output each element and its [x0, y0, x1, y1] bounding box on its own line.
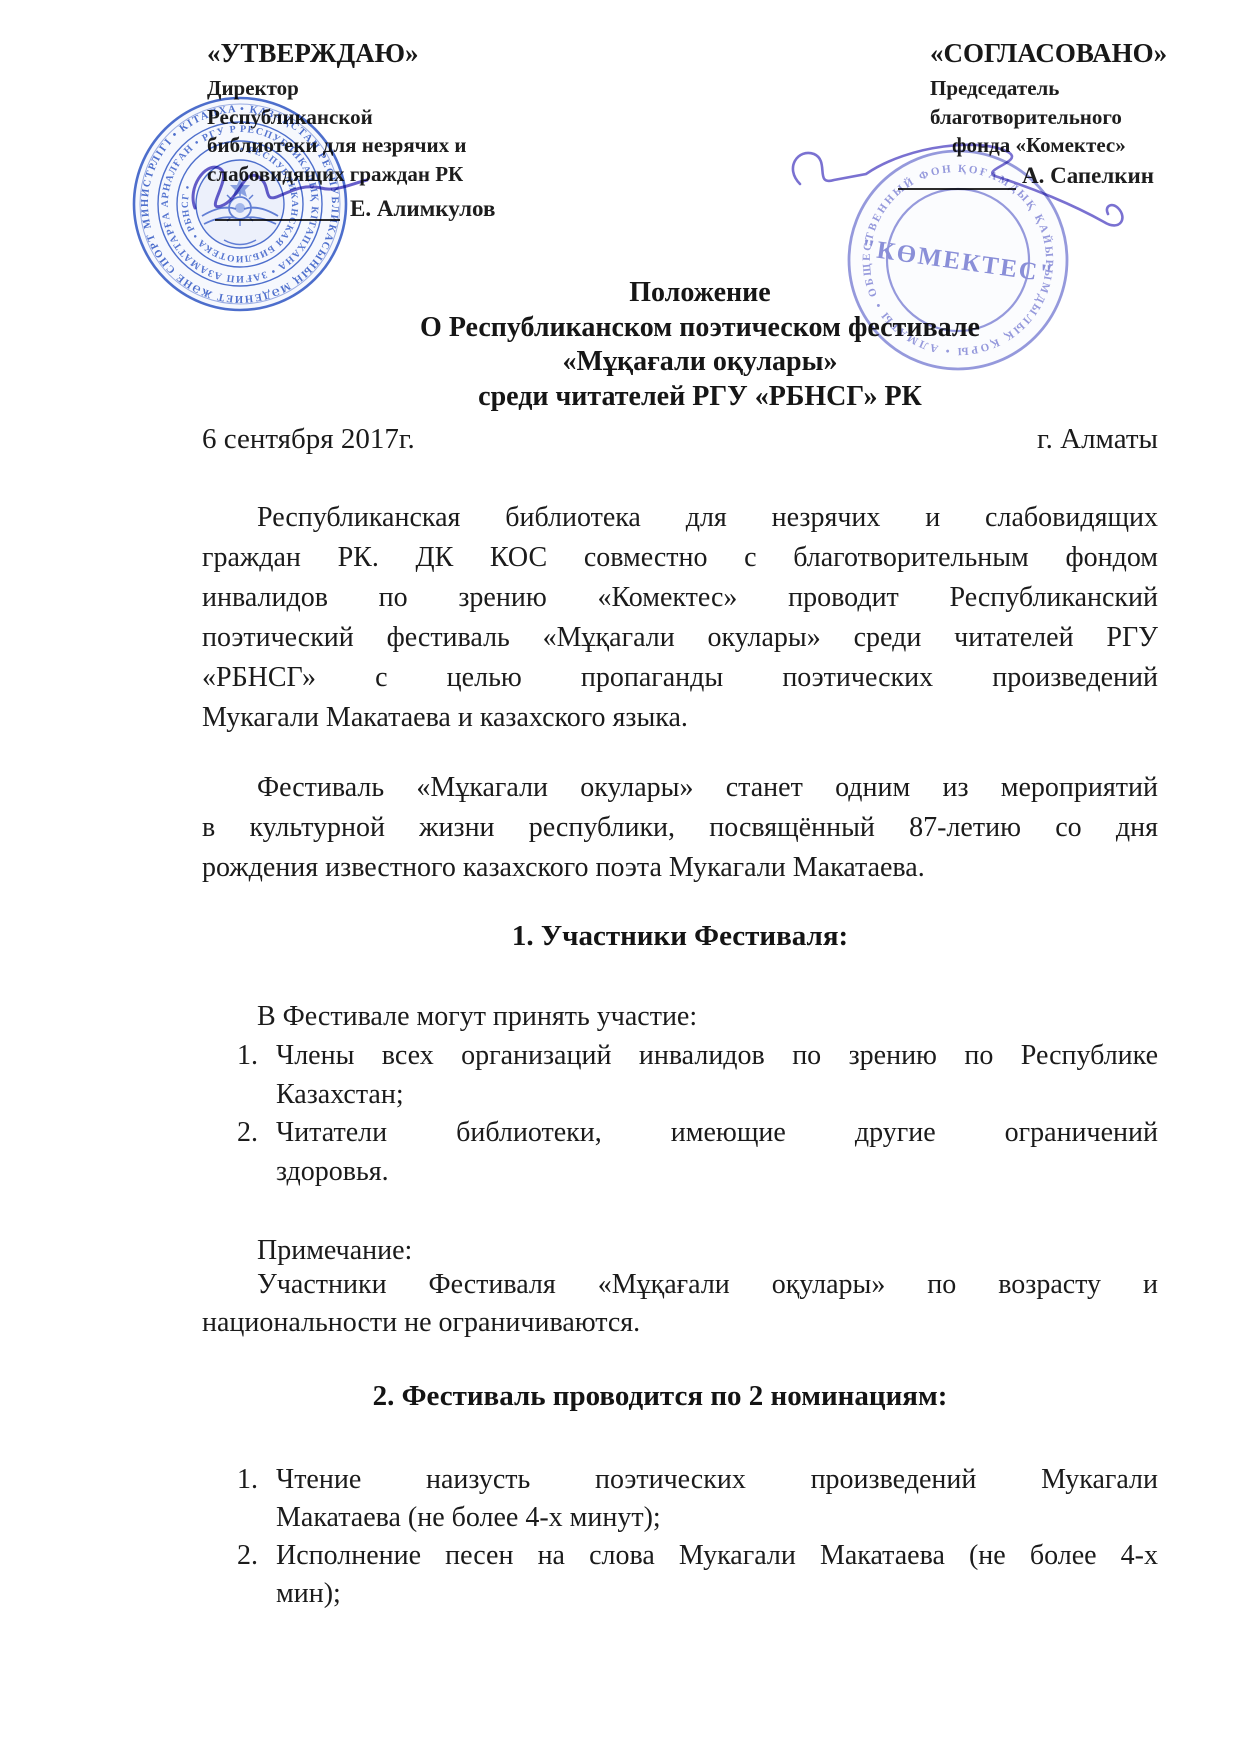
list-item-line: Чтение наизусть поэтических произведений… [276, 1461, 1158, 1499]
section-1-list: 1. Члены всех организаций инвалидов по з… [237, 1037, 1158, 1191]
list-item-line: Исполнение песен на слова Мукагали Макат… [276, 1537, 1158, 1575]
note-body: Участники Фестиваля «Мұқағали оқулары» п… [202, 1266, 1158, 1342]
list-item-number: 2. [237, 1114, 276, 1191]
approval-right-lines: Председатель благотворительного фонда «К… [930, 74, 1126, 160]
approval-left-line: Республиканской [207, 103, 466, 132]
paragraph-line: «РБНСГ» с целью пропаганды поэтических п… [202, 658, 1158, 698]
paragraph-line: поэтический фестиваль «Мұқагали окулары»… [202, 618, 1158, 658]
list-item: 2. Читатели библиотеки, имеющие другие о… [237, 1114, 1158, 1191]
document-title-line: Положение [200, 276, 1200, 311]
paragraph-line: Фестиваль «Мұкагали окулары» станет одни… [202, 768, 1158, 808]
list-item-line: Члены всех организаций инвалидов по зрен… [276, 1037, 1158, 1076]
paragraph-line: Мукагали Макатаева и казахского языка. [202, 698, 1158, 738]
list-item-number: 1. [237, 1461, 276, 1537]
paragraph-line: Республиканская библиотека для незрячих … [202, 498, 1158, 538]
approval-left-title: «УТВЕРЖДАЮ» [207, 38, 419, 69]
list-item-number: 2. [237, 1537, 276, 1613]
list-item-line: мин); [276, 1575, 1158, 1613]
note-label-row: Примечание: [202, 1231, 1158, 1271]
section-2-heading: 2. Фестиваль проводится по 2 номинациям: [182, 1380, 1138, 1413]
approval-left-line: слабовидящих граждан РК [207, 160, 466, 189]
approval-right-title: «СОГЛАСОВАНО» [930, 38, 1167, 69]
section-2-list: 1. Чтение наизусть поэтических произведе… [237, 1461, 1158, 1613]
section-1-intro: В Фестивале могут принять участие: [202, 997, 1158, 1037]
list-item-line: Казахстан; [276, 1076, 1158, 1115]
list-item: 2. Исполнение песен на слова Мукагали Ма… [237, 1537, 1158, 1613]
signature-line-right [898, 166, 1016, 190]
document-title: Положение О Республиканском поэтическом … [200, 276, 1200, 414]
list-item-line: Читатели библиотеки, имеющие другие огра… [276, 1114, 1158, 1153]
document-title-line: О Республиканском поэтическом фестивале [200, 311, 1200, 346]
paragraph-2: Фестиваль «Мұкагали окулары» станет одни… [202, 768, 1158, 888]
paragraph-1: Республиканская библиотека для незрячих … [202, 498, 1158, 738]
paragraph-line: граждан РК. ДК КОС совместно с благотвор… [202, 538, 1158, 578]
signature-line-left [215, 195, 340, 221]
document-page: «УТВЕРЖДАЮ» Директор Республиканской биб… [0, 0, 1240, 1755]
paragraph-line: национальности не ограничиваются. [202, 1304, 1158, 1342]
signatory-name-right: А. Сапелкин [1022, 163, 1154, 189]
list-item-line: Макатаева (не более 4-х минут); [276, 1499, 1158, 1537]
paragraph-line: В Фестивале могут принять участие: [202, 997, 1158, 1037]
paragraph-line: в культурной жизни республики, посвящённ… [202, 808, 1158, 848]
document-title-line: среди читателей РГУ «РБНСГ» РК [200, 380, 1200, 415]
approval-left-line: библиотеки для незрячих и [207, 131, 466, 160]
paragraph-line: инвалидов по зрению «Комектес» проводит … [202, 578, 1158, 618]
date-row: 6 сентября 2017г. г. Алматы [202, 423, 1158, 456]
approval-left-line: Директор [207, 74, 466, 103]
section-1-heading: 1. Участники Фестиваля: [202, 920, 1158, 953]
approval-right-line: благотворительного [930, 103, 1126, 132]
approval-right-line: фонда «Комектес» [930, 131, 1126, 160]
document-date: 6 сентября 2017г. [202, 423, 415, 456]
note-label: Примечание: [202, 1231, 1158, 1271]
paragraph-line: рождения известного казахского поэта Мук… [202, 848, 1158, 888]
approval-left-lines: Директор Республиканской библиотеки для … [207, 74, 466, 188]
document-city: г. Алматы [1037, 423, 1158, 456]
paragraph-line: Участники Фестиваля «Мұқағали оқулары» п… [202, 1266, 1158, 1304]
list-item: 1. Чтение наизусть поэтических произведе… [237, 1461, 1158, 1537]
approval-right-line: Председатель [930, 74, 1126, 103]
list-item: 1. Члены всех организаций инвалидов по з… [237, 1037, 1158, 1114]
document-title-line: «Мұқағали оқулары» [200, 345, 1200, 380]
signatory-name-left: Е. Алимкулов [350, 196, 495, 222]
list-item-line: здоровья. [276, 1153, 1158, 1192]
list-item-number: 1. [237, 1037, 276, 1114]
